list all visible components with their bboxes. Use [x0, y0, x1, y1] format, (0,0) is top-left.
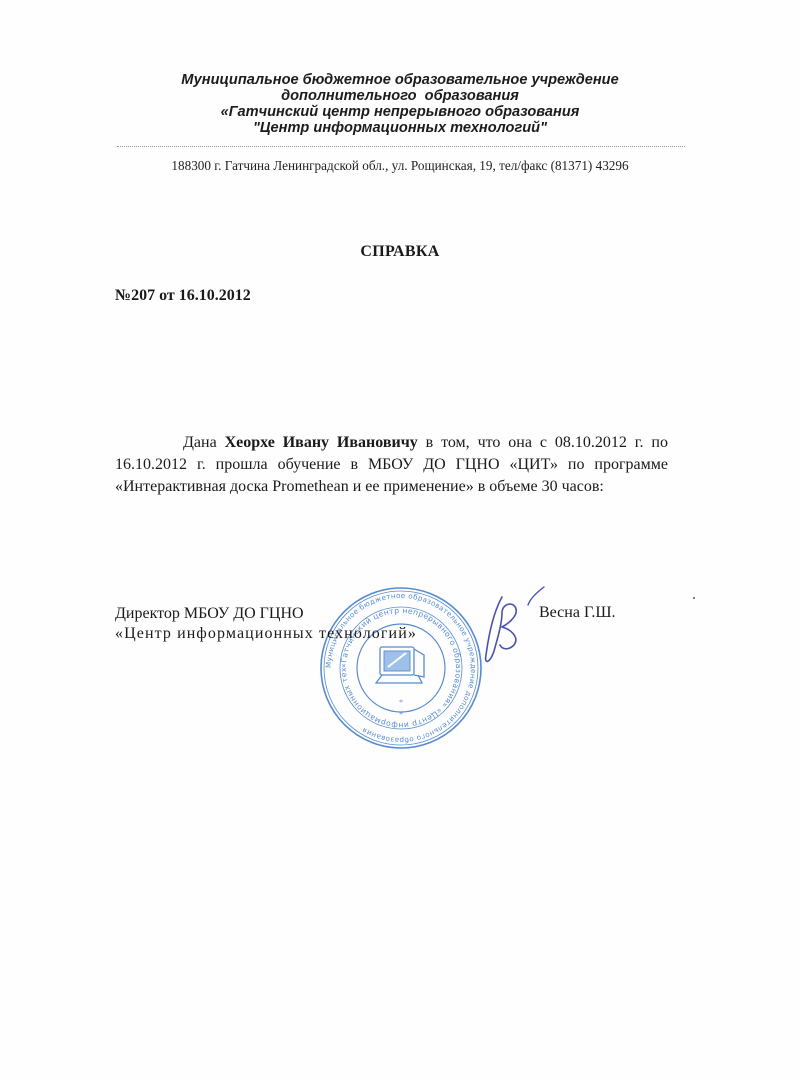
org-line: «Гатчинский центр непрерывного образован… — [110, 104, 690, 120]
organization-address: 188300 г. Гатчина Ленинградской обл., ул… — [110, 158, 690, 174]
signer-position-line2: «Центр информационных технологий» — [115, 624, 417, 644]
svg-text:*: * — [399, 698, 403, 707]
org-line: "Центр информационных технологий" — [110, 120, 690, 136]
handwritten-signature-icon — [480, 585, 550, 670]
svg-text:*: * — [399, 710, 403, 719]
recipient-name: Хеорхе Ивану Ивановичу — [225, 434, 418, 451]
organization-header: Муниципальное бюджетное образовательное … — [110, 72, 690, 136]
scan-speck — [693, 597, 695, 599]
org-line: Муниципальное бюджетное образовательное … — [110, 72, 690, 88]
signer-position-line1: Директор МБОУ ДО ГЦНО — [115, 604, 417, 624]
document-body: Дана Хеорхе Ивану Ивановичу в том, что о… — [115, 432, 668, 498]
org-line: дополнительного образования — [110, 88, 690, 104]
header-divider — [117, 146, 685, 147]
document-title: СПРАВКА — [100, 243, 700, 261]
signer-name: Весна Г.Ш. — [539, 604, 616, 622]
document-page: Муниципальное бюджетное образовательное … — [0, 0, 800, 1080]
body-lead: Дана — [183, 434, 225, 451]
document-number: №207 от 16.10.2012 — [115, 287, 251, 305]
signer-position: Директор МБОУ ДО ГЦНО «Центр информацион… — [115, 604, 417, 644]
monitor-icon — [376, 647, 424, 683]
